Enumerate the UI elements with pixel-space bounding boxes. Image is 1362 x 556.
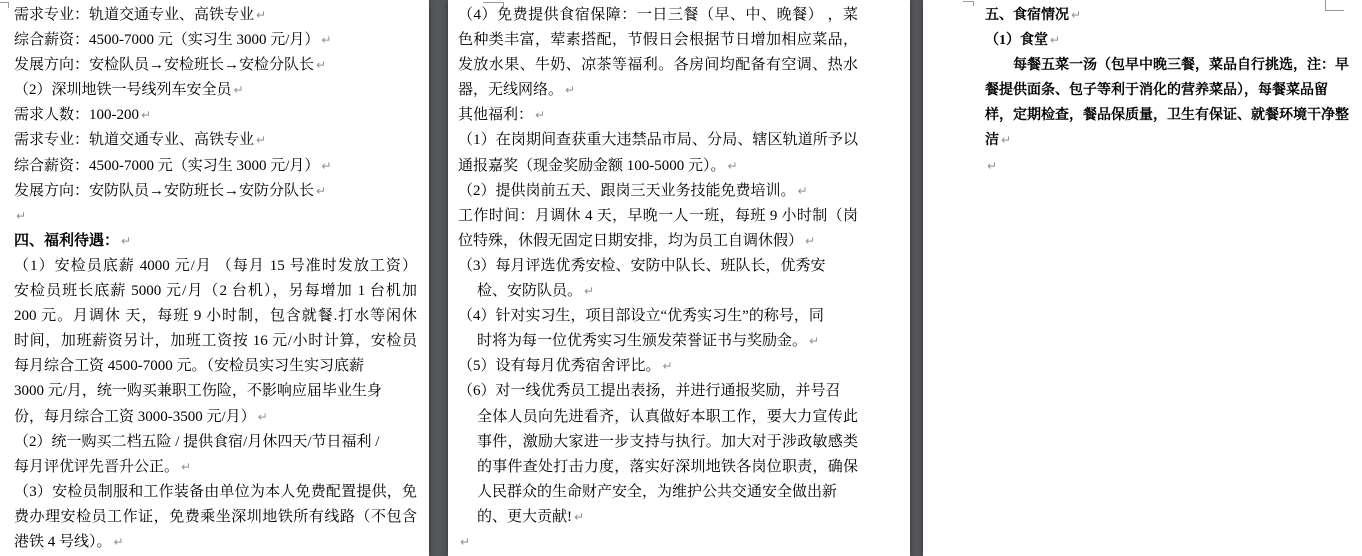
paragraph-mark-icon: ↵: [535, 108, 545, 122]
paragraph-mark-icon: ↵: [1050, 33, 1060, 47]
text-line[interactable]: 需求人数：100-200↵: [14, 103, 417, 128]
paragraph-mark-icon: ↵: [1001, 133, 1011, 147]
line-text: 费办理安检员工作证，免费乘坐深圳地铁所有线路（不包含: [14, 509, 417, 525]
paragraph-mark-icon: ↵: [16, 209, 26, 223]
document-canvas: 需求专业：轨道交通专业、高铁专业↵综合薪资：4500-7000 元（实习生 30…: [0, 0, 1362, 556]
text-line[interactable]: 份，每月综合工资 3000-3500 元/月）↵: [14, 405, 417, 430]
line-text: 五、食宿情况: [985, 8, 1069, 23]
line-text: 样，定期检查，餐品保质量，卫生有保证、就餐环境干净整: [985, 108, 1349, 123]
text-line[interactable]: 3000 元/月，统一购买兼职工伤险，不影响应届毕业生身: [14, 379, 417, 404]
line-text: 200 元。月调休 天，每班 9 小时制，包含就餐.打水等闲休: [14, 308, 417, 324]
text-line[interactable]: 安检员班长底薪 5000 元/月（2 台机），另每增加 1 台机加: [14, 279, 417, 304]
line-text: 安检员班长底薪 5000 元/月（2 台机），另每增加 1 台机加: [14, 283, 417, 299]
paragraph-mark-icon: ↵: [1071, 8, 1081, 22]
line-text: 通报嘉奖（现金奖励金额 100-5000 元）。: [458, 158, 726, 174]
line-text: 每月评优评先晋升公正。: [14, 459, 179, 475]
text-line[interactable]: 色种类丰富，荤素搭配，节假日会根据节日增加相应菜品，: [458, 28, 858, 53]
line-text: 每餐五菜一汤（包早中晚三餐，菜品自行挑选，注：早: [1013, 58, 1349, 73]
text-boundary-mark: [483, 2, 504, 9]
line-text: （4）免费提供食宿保障：一日三餐（早、中、晚餐） ，菜: [458, 7, 858, 23]
text-line[interactable]: 发放水果、牛奶、凉茶等福利。各房间均配备有空调、热水: [458, 53, 858, 78]
paragraph-mark-icon: ↵: [565, 83, 575, 97]
line-text: 工作时间：月调休 4 天，早晚一人一班，每班 9 小时制（岗: [458, 208, 858, 224]
text-line[interactable]: （3）安检员制服和工作装备由单位为本人免费配置提供，免: [14, 480, 417, 505]
text-line[interactable]: （4）针对实习生，项目部设立“优秀实习生”的称号，同: [458, 304, 858, 329]
line-text: 时间，加班薪资另计，加班工资按 16 元/小时计算，安检员: [14, 333, 417, 349]
text-line[interactable]: 综合薪资：4500-7000 元（实习生 3000 元/月）↵: [14, 28, 417, 53]
paragraph-mark-icon: ↵: [805, 234, 815, 248]
text-line[interactable]: 费办理安检员工作证，免费乘坐深圳地铁所有线路（不包含: [14, 505, 417, 530]
text-line[interactable]: 洁↵: [985, 128, 1351, 153]
line-text: 检、安防队员。: [477, 283, 582, 299]
text-line[interactable]: （3）每月评选优秀安检、安防中队长、班队长，优秀安: [458, 254, 858, 279]
text-line[interactable]: 综合薪资：4500-7000 元（实习生 3000 元/月）↵: [14, 154, 417, 179]
paragraph-mark-icon: ↵: [121, 234, 131, 248]
text-line[interactable]: 200 元。月调休 天，每班 9 小时制，包含就餐.打水等闲休: [14, 304, 417, 329]
text-line[interactable]: （2）深圳地铁一号线列车安全员↵: [14, 78, 417, 103]
line-text: （2）提供岗前五天、跟岗三天业务技能免费培训。: [458, 183, 796, 199]
text-line[interactable]: ↵: [14, 204, 417, 229]
line-text: 份，每月综合工资 3000-3500 元/月）: [14, 409, 256, 425]
line-text: 色种类丰富，荤素搭配，节假日会根据节日增加相应菜品，: [458, 32, 858, 48]
line-text: （4）针对实习生，项目部设立“优秀实习生”的称号，同: [458, 308, 824, 324]
paragraph-mark-icon: ↵: [460, 535, 470, 549]
text-line[interactable]: ↵: [985, 154, 1351, 179]
text-line[interactable]: 每餐五菜一汤（包早中晚三餐，菜品自行挑选，注：早: [985, 53, 1351, 78]
line-text: 综合薪资：4500-7000 元（实习生 3000 元/月）: [14, 158, 319, 174]
page-2-text-column: （4）免费提供食宿保障：一日三餐（早、中、晚餐） ，菜色种类丰富，荤素搭配，节假…: [458, 3, 858, 555]
text-line[interactable]: 的事件查处打击力度，落实好深圳地铁各岗位职责，确保: [458, 455, 858, 480]
text-boundary-mark: [0, 2, 9, 8]
line-text: （3）安检员制服和工作装备由单位为本人免费配置提供，免: [14, 484, 417, 500]
paragraph-mark-icon: ↵: [256, 8, 266, 22]
text-line[interactable]: 通报嘉奖（现金奖励金额 100-5000 元）。↵: [458, 154, 858, 179]
line-text: （1）安检员底薪 4000 元/月 （每月 15 号准时发放工资）: [14, 258, 417, 274]
paragraph-mark-icon: ↵: [809, 334, 819, 348]
page-1-text-column: 需求专业：轨道交通专业、高铁专业↵综合薪资：4500-7000 元（实习生 30…: [14, 3, 417, 555]
line-text: （1）食堂: [985, 33, 1048, 48]
text-line[interactable]: 发展方向：安检队员→安检班长→安检分队长↵: [14, 53, 417, 78]
line-text: 其他福利：: [458, 107, 533, 123]
paragraph-mark-icon: ↵: [663, 359, 673, 373]
paragraph-mark-icon: ↵: [321, 33, 331, 47]
line-text: 每月综合工资 4500-7000 元。（安检员实习生实习底薪: [14, 358, 364, 374]
paragraph-mark-icon: ↵: [181, 460, 191, 474]
line-text: （3）每月评选优秀安检、安防中队长、班队长，优秀安: [458, 258, 826, 274]
text-line[interactable]: 位特殊，休假无固定日期安排，均为员工自调休假）↵: [458, 229, 858, 254]
text-line[interactable]: （1）在岗期间查获重大违禁品市局、分局、辖区轨道所予以: [458, 128, 858, 153]
paragraph-mark-icon: ↵: [234, 83, 244, 97]
line-text: 需求人数：100-200: [14, 107, 139, 123]
line-text: 器，无线网络。: [458, 82, 563, 98]
paragraph-mark-icon: ↵: [258, 410, 268, 424]
text-line[interactable]: （1）食堂↵: [985, 28, 1351, 53]
paragraph-mark-icon: ↵: [316, 184, 326, 198]
text-line[interactable]: 每月评优评先晋升公正。↵: [14, 455, 417, 480]
text-line[interactable]: 需求专业：轨道交通专业、高铁专业↵: [14, 3, 417, 28]
line-text: （5）设有每月优秀宿舍评比。: [458, 358, 661, 374]
paragraph-mark-icon: ↵: [141, 108, 151, 122]
text-line[interactable]: 的、更大贡献!↵: [458, 505, 858, 530]
text-line[interactable]: （4）免费提供食宿保障：一日三餐（早、中、晚餐） ，菜: [458, 3, 858, 28]
line-text: （2）统一购买二档五险 / 提供食宿/月休四天/节日福利 /: [14, 434, 379, 450]
paragraph-mark-icon: ↵: [316, 58, 326, 72]
line-text: 位特殊，休假无固定日期安排，均为员工自调休假）: [458, 233, 803, 249]
text-line[interactable]: 发展方向：安防队员→安防班长→安防分队长↵: [14, 179, 417, 204]
line-text: （2）深圳地铁一号线列车安全员: [14, 82, 232, 98]
line-text: 时将为每一位优秀实习生颁发荣誉证书与奖励金。: [477, 333, 807, 349]
text-boundary-mark: [963, 1, 974, 6]
text-line[interactable]: 时将为每一位优秀实习生颁发荣誉证书与奖励金。↵: [458, 329, 858, 354]
text-line[interactable]: ↵: [458, 530, 858, 555]
line-text: （6）对一线优秀员工提出表扬，并进行通报奖励，并号召: [458, 383, 841, 399]
line-text: 发展方向：安检队员→安检班长→安检分队长: [14, 57, 314, 73]
text-line[interactable]: 五、食宿情况↵: [985, 3, 1351, 28]
text-line[interactable]: 样，定期检查，餐品保质量，卫生有保证、就餐环境干净整: [985, 103, 1351, 128]
paragraph-mark-icon: ↵: [574, 510, 584, 524]
line-text: 需求专业：轨道交通专业、高铁专业: [14, 132, 254, 148]
line-text: 的事件查处打击力度，落实好深圳地铁各岗位职责，确保: [477, 459, 858, 475]
line-text: 事件，激励大家进一步支持与执行。加大对于涉政敏感类: [477, 434, 858, 450]
line-text: 的、更大贡献!: [477, 509, 572, 525]
text-line[interactable]: （1）安检员底薪 4000 元/月 （每月 15 号准时发放工资）: [14, 254, 417, 279]
text-boundary-mark: [1325, 0, 1344, 11]
text-line[interactable]: 其他福利：↵: [458, 103, 858, 128]
page-3-text-column: 五、食宿情况↵（1）食堂↵每餐五菜一汤（包早中晚三餐，菜品自行挑选，注：早餐提供…: [985, 3, 1351, 179]
text-line[interactable]: 事件，激励大家进一步支持与执行。加大对于涉政敏感类: [458, 430, 858, 455]
text-line[interactable]: 每月综合工资 4500-7000 元。（安检员实习生实习底薪: [14, 354, 417, 379]
line-text: 人民群众的生命财产安全，为维护公共交通安全做出新: [477, 484, 837, 500]
line-text: 港铁 4 号线）。: [14, 534, 112, 550]
text-line[interactable]: （6）对一线优秀员工提出表扬，并进行通报奖励，并号召: [458, 379, 858, 404]
text-line[interactable]: 时间，加班薪资另计，加班工资按 16 元/小时计算，安检员: [14, 329, 417, 354]
text-line[interactable]: 全体人员向先进看齐，认真做好本职工作，要大力宣传此: [458, 405, 858, 430]
text-line[interactable]: （2）统一购买二档五险 / 提供食宿/月休四天/节日福利 /: [14, 430, 417, 455]
line-text: 全体人员向先进看齐，认真做好本职工作，要大力宣传此: [477, 409, 858, 425]
text-line[interactable]: （5）设有每月优秀宿舍评比。↵: [458, 354, 858, 379]
text-line[interactable]: （2）提供岗前五天、跟岗三天业务技能免费培训。↵: [458, 179, 858, 204]
line-text: 发放水果、牛奶、凉茶等福利。各房间均配备有空调、热水: [458, 57, 858, 73]
paragraph-mark-icon: ↵: [798, 184, 808, 198]
text-line[interactable]: 工作时间：月调休 4 天，早晚一人一班，每班 9 小时制（岗: [458, 204, 858, 229]
line-text: 需求专业：轨道交通专业、高铁专业: [14, 7, 254, 23]
line-text: 洁: [985, 133, 999, 148]
line-text: （1）在岗期间查获重大违禁品市局、分局、辖区轨道所予以: [458, 132, 858, 148]
line-text: 3000 元/月，统一购买兼职工伤险，不影响应届毕业生身: [14, 383, 382, 399]
text-line[interactable]: 餐提供面条、包子等利于消化的营养菜品），每餐菜品留: [985, 78, 1351, 103]
paragraph-mark-icon: ↵: [256, 133, 266, 147]
text-line[interactable]: 需求专业：轨道交通专业、高铁专业↵: [14, 128, 417, 153]
text-line[interactable]: 人民群众的生命财产安全，为维护公共交通安全做出新: [458, 480, 858, 505]
text-line[interactable]: 四、福利待遇：↵: [14, 229, 417, 254]
text-line[interactable]: 器，无线网络。↵: [458, 78, 858, 103]
text-line[interactable]: 检、安防队员。↵: [458, 279, 858, 304]
paragraph-mark-icon: ↵: [728, 159, 738, 173]
paragraph-mark-icon: ↵: [584, 284, 594, 298]
paragraph-mark-icon: ↵: [987, 159, 997, 173]
line-text: 餐提供面条、包子等利于消化的营养菜品），每餐菜品留: [985, 83, 1328, 98]
line-text: 发展方向：安防队员→安防班长→安防分队长: [14, 183, 314, 199]
text-line[interactable]: 港铁 4 号线）。↵: [14, 530, 417, 555]
paragraph-mark-icon: ↵: [321, 159, 331, 173]
line-text: 四、福利待遇：: [14, 233, 119, 249]
paragraph-mark-icon: ↵: [114, 535, 124, 549]
line-text: 综合薪资：4500-7000 元（实习生 3000 元/月）: [14, 32, 319, 48]
